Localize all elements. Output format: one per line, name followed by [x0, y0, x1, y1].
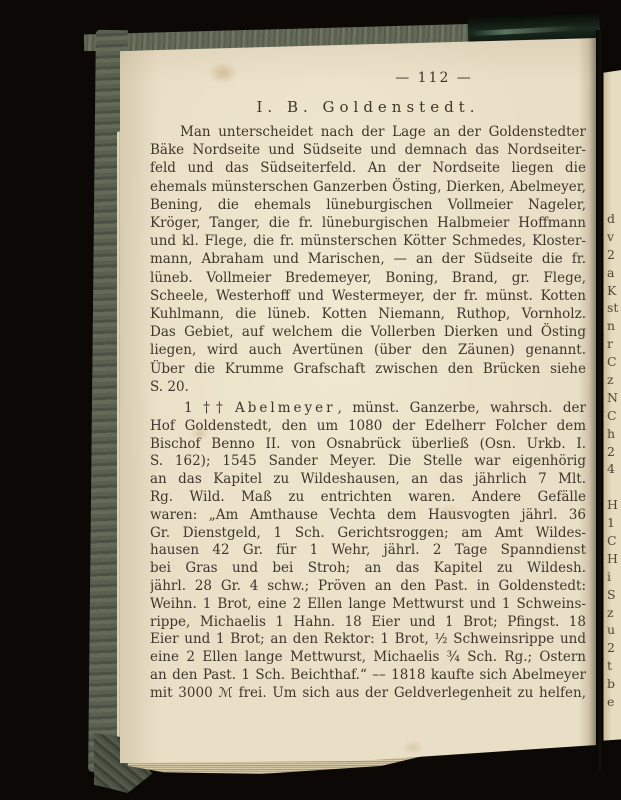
section-heading: I. B. Goldenstedt.: [150, 98, 586, 116]
text-fragment: 2: [607, 246, 621, 264]
text-fragment: v: [607, 228, 621, 246]
text-fragment: 2: [607, 639, 621, 657]
text-line: liegen, wird auch Avertünen (über den Zä…: [150, 341, 586, 359]
text-fragment: t: [607, 657, 621, 675]
text-fragment: z: [607, 604, 621, 622]
text-fragment: N: [607, 389, 621, 407]
text-fragment: C: [607, 353, 621, 371]
text-fragment: z: [607, 371, 621, 389]
text-fragment: i: [607, 568, 621, 586]
text-line: S. 162); 1545 Sander Meyer. Die Stelle w…: [150, 453, 586, 471]
text-line: Kuhlmann, die lüneb. Kotten Niemann, Rut…: [150, 305, 586, 323]
gutter-shadow: [596, 30, 603, 770]
text-fragment: d: [607, 210, 621, 228]
book-page: — 112 — I. B. Goldenstedt. Man untersche…: [120, 38, 598, 766]
cloth-sheen-highlight: [472, 25, 582, 36]
text-line: an den Past. 1 Sch. Beichthaf.“ –– 1818 …: [150, 667, 586, 685]
text-line: Hof Goldenstedt, den um 1080 der Edelher…: [150, 418, 586, 436]
text-line: Weihn. 1 Brot, eine 2 Ellen lange Mettwu…: [150, 596, 586, 614]
text-line: Bäke Nordseite und Südseite und demnach …: [150, 141, 586, 159]
entry-number: 1 ††: [184, 400, 229, 416]
text-line: S. 20.: [150, 378, 586, 396]
paper-stain: [402, 740, 424, 755]
text-fragment: 1: [607, 514, 621, 532]
text-fragment: h: [607, 425, 621, 443]
text-fragment: 4: [607, 460, 621, 478]
paper-stain: [190, 426, 210, 441]
text-line: Eier und 1 Brot; an den Rektor: 1 Brot, …: [150, 631, 586, 649]
text-fragment: C: [607, 532, 621, 550]
text-fragment: a: [607, 264, 621, 282]
text-line: rippe, Michaelis 1 Hahn. 18 Eier und 1 B…: [150, 614, 586, 632]
text-line: Gr. Dienstgeld, 1 Sch. Gerichtsroggen; a…: [150, 525, 586, 543]
text-line: Über die Krumme Grafschaft zwischen den …: [150, 360, 586, 378]
page-edge-shadow: [578, 38, 598, 766]
text-fragment: e: [607, 693, 621, 711]
text-line: lüneb. Vollmeier Bredemeyer, Boning, Bra…: [150, 269, 586, 287]
text-fragment: S: [607, 586, 621, 604]
text-fragment: H: [607, 550, 621, 568]
text-line: waren: „Am Amthause Vechta dem Hausvogte…: [150, 507, 586, 525]
text-line: Bischof Benno II. von Osnabrück überließ…: [150, 436, 586, 454]
book-photo: — 112 — I. B. Goldenstedt. Man untersche…: [0, 0, 621, 800]
paper-stain: [436, 504, 464, 521]
text-fragment: st: [607, 299, 621, 317]
text-line: Kröger, Tanger, die fr. lüneburgischen H…: [150, 214, 586, 232]
text-fragment: K: [607, 282, 621, 300]
text-line: ehemals münsterschen Ganzerben Östing, D…: [150, 178, 586, 196]
paragraph-1: Man unterscheidet nach der Lage an der G…: [150, 123, 586, 396]
facing-page-text-fragments: dv2aKstnrCzNCh24H1CHiSzu2tbe: [604, 70, 621, 711]
text-fragment: b: [607, 675, 621, 693]
text-line: bei Gras und bei Stroh; an das Kapitel z…: [150, 560, 586, 578]
page-number: — 112 —: [216, 70, 621, 86]
text-line: Bening, die ehemals lüneburgischen Vollm…: [150, 196, 586, 214]
text-line: Das Gebiet, auf welchem die Vollerben Di…: [150, 323, 586, 341]
text-line: jährl. 28 Gr. 4 schw.; Pröven an den Pas…: [150, 578, 586, 596]
text-column: Man unterscheidet nach der Lage an der G…: [150, 123, 586, 703]
text-fragment: C: [607, 407, 621, 425]
paragraph-2: 1 ††Abelmeyer, münst. Ganzerbe, wahrsch.…: [150, 400, 586, 703]
facing-page-sliver: dv2aKstnrCzNCh24H1CHiSzu2tbe: [603, 70, 621, 742]
paragraph-2-lines: Hof Goldenstedt, den um 1080 der Edelher…: [150, 418, 586, 703]
text-fragment: H: [607, 496, 621, 514]
text-line: Rg. Wild. Maß zu entrichten waren. Ander…: [150, 489, 586, 507]
text-line: feld und das Südseiterfeld. An der Nords…: [150, 159, 586, 177]
text-fragment: u: [607, 621, 621, 639]
farm-name: Abelmeyer: [235, 400, 336, 416]
text-line: und kl. Flege, die fr. münsterschen Kött…: [150, 232, 586, 250]
text-line: Scheele, Westerhoff und Westermeyer, der…: [150, 287, 586, 305]
text-line: hausen 42 Gr. für 1 Wehr, jährl. 2 Tage …: [150, 542, 586, 560]
text-fragment: 2: [607, 443, 621, 461]
text-line: mann, Abraham und Marischen, — an der Sü…: [150, 250, 586, 268]
text-line: an das Kapitel zu Wildeshausen, an das j…: [150, 471, 586, 489]
line-rest: , münst. Ganzerbe, wahrsch. der: [338, 400, 586, 416]
text-fragment: r: [607, 335, 621, 353]
text-line: eine 2 Ellen lange Mettwurst, Michaelis …: [150, 649, 586, 667]
text-fragment: [607, 478, 621, 496]
text-fragment: n: [607, 317, 621, 335]
text-line: mit 3000 ℳ frei. Um sich aus der Geldver…: [150, 685, 586, 703]
text-line: 1 ††Abelmeyer, münst. Ganzerbe, wahrsch.…: [150, 400, 586, 418]
text-line: Man unterscheidet nach der Lage an der G…: [150, 123, 586, 141]
